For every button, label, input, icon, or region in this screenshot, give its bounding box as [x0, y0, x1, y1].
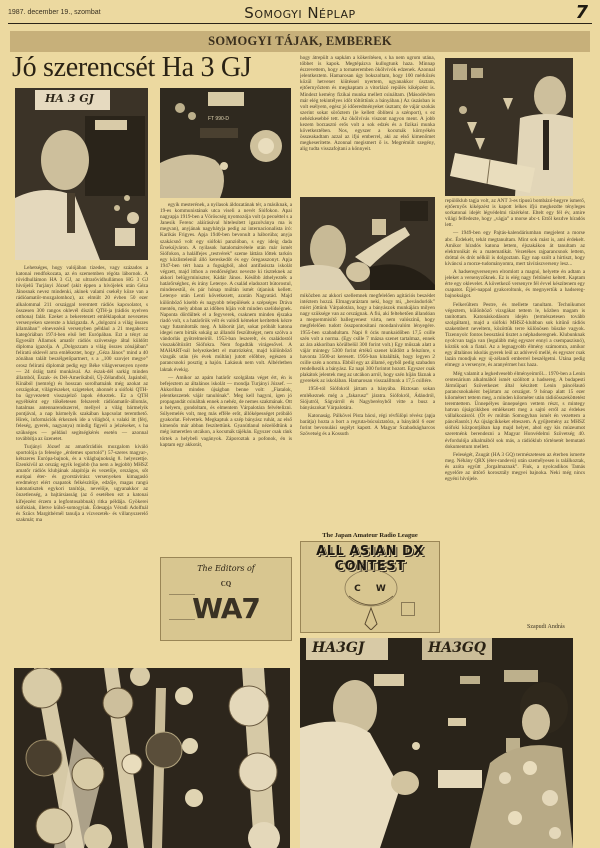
section-title: SOMOGYI TÁJAK, EMBEREK: [10, 31, 590, 52]
cq-cert-sub: CQ: [161, 580, 291, 588]
morse-key-image: [300, 197, 435, 290]
photo-medals: [14, 668, 290, 848]
column-4-paragraph-6: Feleségét, Zsugát (HA 3 GQ) természetese…: [445, 452, 585, 482]
operator-portrait-image: [15, 88, 148, 260]
masthead-rule: [8, 23, 592, 24]
cq-cert-header: The Editors of: [161, 564, 291, 573]
photo-radio-panel: FT 990-D: [160, 88, 291, 198]
article-column-2: egyik mesterének, a nyilasok áldozatának…: [160, 202, 292, 552]
column-3-paragraph-2: miközben az akkori szellemnek megfelelőe…: [300, 293, 435, 384]
reading-album-image: [445, 58, 573, 196]
photo-reading-album: [445, 58, 573, 196]
column-4-paragraph-2: — 1949-ben egy Pajtás-kalendáriumban meg…: [445, 230, 585, 267]
column-4-paragraph-5: Még valamit a legkedvesebb élményeimről.…: [445, 371, 585, 450]
column-2-paragraph-2: — Amikor az apám határőr szolgálata vége…: [160, 375, 292, 448]
jarl-cert-title: The Japan Amateur Radio League: [300, 532, 440, 539]
column-2-paragraph-1: egyik mesterének, a nyilasok áldozatának…: [160, 202, 292, 373]
photo-couple-station: HA3GJ HA3GQ: [300, 638, 573, 848]
column-3-paragraph-3: 1956-tól Siófokról jártam a bányába. Biz…: [300, 386, 435, 410]
photo-jarl-certificate: ALL ASIAN DX CONTEST C W: [300, 541, 440, 633]
column-3-paragraph-1: hogy átrepült a sapkám a kökerítésen, s …: [300, 55, 435, 153]
photo-cq-certificate: The Editors of CQ WA7: [160, 557, 292, 641]
column-4-paragraph-3: A hadseregversenyen elromlott a magnó, h…: [445, 269, 585, 299]
jarl-signature-box: [401, 602, 415, 616]
article-headline: Jó szerencsét Ha 3 GJ: [12, 52, 251, 84]
photo-operator-portrait: HA 3 GJ: [15, 88, 148, 260]
radio-model-label: FT 990-D: [208, 116, 229, 122]
column-1-paragraph-2: Turjányi József az amatőrrádiós mozgalom…: [16, 444, 148, 523]
article-column-1: Lehetséges, hogy valójában tizedes, vagy…: [16, 265, 148, 663]
article-column-3-top: hogy átrepült a sapkám a kökerítésen, s …: [300, 55, 435, 193]
jarl-emblem-letters: C W: [301, 584, 439, 594]
article-byline: Szapudi András: [527, 624, 565, 630]
article-column-4: repülőklub tagja volt, az ANT 3-es típus…: [445, 198, 585, 620]
cert-fine-print: [169, 594, 195, 620]
station-sign-right: HA3GQ: [428, 640, 486, 656]
callsign-sign: HA 3 GJ: [45, 92, 94, 105]
column-3-paragraph-4: Katonaság. Pálkövei Pista bácsi, régi ré…: [300, 413, 435, 437]
column-4-paragraph-4: Felkerültem Pestre, és mellette tanultam…: [445, 302, 585, 369]
column-4-paragraph-1: repülőklub tagja volt, az ANT 3-es típus…: [445, 198, 585, 228]
article-column-3-bottom: miközben az akkori szellemnek megfelelőe…: [300, 293, 435, 531]
jarl-emblem-icon: [341, 566, 401, 630]
radio-panel-image: [160, 88, 291, 198]
column-1-paragraph-1: Lehetséges, hogy valójában tizedes, vagy…: [16, 265, 148, 442]
newspaper-title: Somogyi Néplap: [0, 4, 600, 22]
photo-morse-key: [300, 197, 435, 290]
couple-station-image: [300, 638, 573, 848]
station-sign-left: HA3GJ: [312, 640, 364, 656]
page-number: 7: [575, 2, 588, 23]
medals-image: [14, 668, 290, 848]
